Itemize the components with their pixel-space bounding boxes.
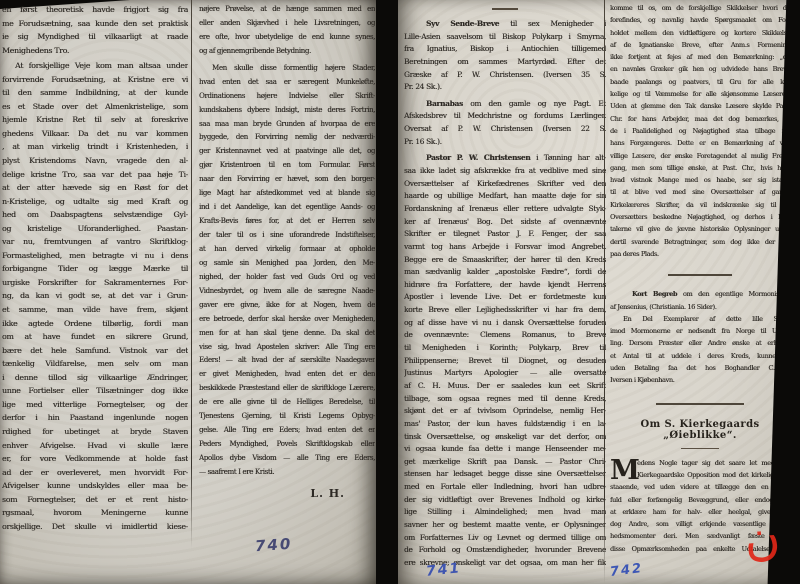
text-line: Uden at glemme den Tak danske Læsere sky… [610,100,790,112]
text-line: varmt tog hans Arbejde i Forsvar imod An… [404,241,606,254]
text-line: urgiske Forskrifter for Sakramenternes F… [2,276,188,290]
text-line: var nu, fremtvungen af vantro Skriftklog… [2,235,188,249]
right-page-column-1: Syv Sende-Breve til sex Menigheder i Lil… [404,4,606,570]
text-line: ie sig Myndighed til vilkaarligt at raad… [2,30,188,44]
text-line: bære det hele Samfund. Vistnok var det [2,344,188,358]
text-line: talerne vil give de jævne historiske Opl… [610,223,790,235]
text-line: ere skrevne; ønskeligt var det ogsaa, om… [404,557,606,570]
text-fragment: om den egentlige Mormonisme, [683,290,790,298]
paragraph: komme til os, om de forskjellige Skikkel… [610,2,790,260]
text-line: med en Fortale eller Indledning, hvori h… [404,481,606,494]
text-line: Kort Begreb om den egentlige Mormonisme, [610,288,790,300]
left-page-column-2: nøjere Prøvelse, at de hænge sammen med … [199,3,375,500]
text-line: forvirrende Forudsætning, at Kristne ere… [2,73,188,87]
text-line: haarde og ubillige Medfart, han maatte d… [404,190,606,203]
text-line: ling. Dersom Præster eller Andre ønske a… [610,337,790,349]
text-line: ghedens Vilkaar. Da det nu var kommen [2,127,188,141]
text-line: og kristelige Uforanderlighed. Paastan- [2,222,188,236]
text-line: Eders! — alt hvad der af særskilte Naade… [199,354,375,368]
text-line: Kirkelæreres Skrifter, da vil indskrænke… [610,199,790,211]
text-line: Skrifter er tilegnet Pastor J. F. Fenger… [404,228,606,241]
text-line: n-Kristelige, og udtalte sig med Kraft o… [2,195,188,209]
text-line: fra Ignatius, Biskop i Antiochien tillig… [404,43,606,56]
text-line: baade paalangs og paatvers, til Gru for … [610,76,790,88]
text-line: de i Paalidelighed og Nøjagtighed staa t… [610,125,790,137]
text-line: hed om Daabspagtens selvstændige Gyl- [2,208,188,222]
text-line: Pastor P. W. Christensen i Tønning har a… [404,152,606,165]
text-line: gaver ere givne, ikke for at Nogen, hvem… [199,299,375,313]
column-divider [604,0,605,584]
text-line: ikke fortjent at fejes af med den Bemærk… [610,51,790,63]
handwritten-page-number-740: 740 [254,535,292,556]
text-line: plyst Kristendoms Navn, vragede den al- [2,154,188,168]
text-line: de Forhold og Omstændigheder, hvorunder … [404,544,606,557]
text-line: Chr. for hans Arbejder, maa det dog bemæ… [610,113,790,125]
text-line: og af disse have vi nu i dansk Oversætte… [404,317,606,330]
text-line: enhver Afvigelse. Hvad vi skulle lære [2,439,188,453]
text-line: af de Ignatianske Breve, efter Anm.s For… [610,39,790,51]
text-line: Ordinationens højere Indvielse eller Skr… [199,90,375,104]
text-line: og af gjennemgribende Betydning. [199,45,375,59]
text-line: lige Magt har afstedkommet ved at blande… [199,187,375,201]
text-line: tænkelig Vildfarelse, men selv om man [2,357,188,371]
text-line: Men skulle disse formentlig højere Stade… [199,62,375,76]
text-line: komme til os, om de forskjellige Skikkel… [610,2,790,14]
text-line: Pr. 24 Sk.). [404,81,606,94]
text-line: korte Breve eller Lejlighedsskrifter vi … [404,304,606,317]
text-line: stensen har ledsaget begge disse sine Ov… [404,468,606,481]
text-line: mas' Pastor, der kun haves fuldstændig i… [404,418,606,431]
text-line: Begge ere de Smaaskrifter, der hører til… [404,254,606,267]
text-line: en først theoretisk havde frigjort sig f… [2,3,188,17]
text-line: Apollos dybe Visdom — alle Ting ere Eder… [199,452,375,466]
section-divider [656,403,744,405]
text-line: at han derved virkelig formaar at ophold… [199,243,375,257]
text-line: en navnløs Græker gik hen og udvidede ha… [610,63,790,75]
text-line: ad der er overleveret, men hvorvidt For- [2,466,188,480]
text-line: eller anden Skjævhed i hele Livsretninge… [199,17,375,31]
text-line: forefindes, og navnlig havde Spørgsmaale… [610,14,790,26]
text-line: Oversættelser af Kirkefædrenes Skrifter … [404,178,606,191]
paragraph: At forskjellige Veje kom man altsaa unde… [2,59,188,533]
text-line: Græske af P. W. Christensen. (Iversen 35… [404,69,606,82]
text-line: der sig vidtløftigt over Brevenes Indhol… [404,494,606,507]
paragraph: nøjere Prøvelse, at de hænge sammen med … [199,3,375,59]
text-line: orskjellige. Det skulle vi imidlertid ki… [2,520,188,534]
heading-underline [681,448,719,449]
text-line: til den samme Indbildning, at der kunde [2,86,188,100]
text-line: edens Nogle tager sig det saare let med … [637,457,790,469]
right-page: Syv Sende-Breve til sex Menigheder i Lil… [398,0,800,584]
text-line: er givet Menigheden, hvad enten det er d… [199,368,375,382]
text-fragment: i Tønning har alt- [536,153,606,162]
text-line: , at man virkelig trindt i Kristenheden,… [2,140,188,154]
section-divider [492,8,518,10]
text-line: byggede, den Forvirring nemlig der nedvæ… [199,131,375,145]
text-line: i denne tillod sig vilkaarlige Ændringer… [2,371,188,385]
text-line: fuld eller forfængelig Bevæggrund, eller… [610,494,790,506]
text-line: Tjenestens Gjerning, til Kristi Legems O… [199,410,375,424]
text-line: beskikkede Præstestand eller de skriftkl… [199,382,375,396]
text-line: holdet mellem den vidtløftigere og korte… [610,27,790,39]
text-line: derfor i hin Paastand ingenlunde nogen [2,411,188,425]
dropcap-initial: M [610,458,640,483]
text-line: gang, men som tillige ønske, at Past. Ch… [610,162,790,174]
text-line: Philippenserne; Brevet til Diognet, og d… [404,355,606,368]
text-line: af Jensenius, (Christiania. 16 Sider). [610,301,790,313]
text-line: hjemle Kristne Ret til selv at foreskriv… [2,113,188,127]
text-line: Krafts-Bevis føres for, at det er Herren… [199,215,375,229]
text-line: der taler til os i sine uforandrede Inds… [199,229,375,243]
author-signature: L. H. [199,487,375,500]
text-line: Afskedsbrev til Medchristne og fordums L… [404,110,606,123]
handwritten-page-number-742: 742 [609,561,644,580]
review-paragraph: Pastor P. W. Christensen i Tønning har a… [404,152,606,569]
text-line: imod Mormonerne er nedsendt fra Norge ti… [610,325,790,337]
text-line: nighed, der holder fast ved Guds Ord og … [199,271,375,285]
text-line: hvad enten det saa er særegent Munkeløft… [199,76,375,90]
section-divider [668,274,732,276]
text-line: om Forfatternes Liv og Levnet og dermed … [404,532,606,545]
text-line: Beretningen om sammes Martyrdød. Efter d… [404,56,606,69]
text-line: et Antal til at uddele i deres Kreds, ku… [610,350,790,362]
right-page-column-2: komme til os, om de forskjellige Skikkel… [610,2,790,555]
text-line: — saafremt I ere Kristi. [199,466,375,480]
text-line: hvad vistnok Mange med os haabe, ser sig… [610,174,790,186]
notice-title: Barnabas [426,99,463,108]
text-line: Formastelighed, men betragte vi nu i den… [2,249,188,263]
left-page-column-1: en først theoretisk havde frigjort sig f… [2,3,188,533]
text-line: naar den Forvirring er hævet, som den bo… [199,173,375,187]
text-line: ikke agtede Ordene tilbørlig, fordi man [2,317,188,331]
text-line: es et Stade over det Almenkristelige, so… [2,100,188,114]
text-line: ng, da kan vi godt se, at det var i Grun… [2,289,188,303]
book-notice: Kort Begreb om den egentlige Mormonisme,… [610,288,790,313]
text-line: paa deres Plads. [610,248,790,260]
text-line: Apostler i levende Live. Det er fordetme… [404,291,606,304]
text-line: tilbage, som ogsaa regnes med til denne … [404,393,606,406]
text-line: hans Forgængeres. Dette er en Bemærkning… [610,137,790,149]
text-line: Justinus Martyrs Apologier — alle oversa… [404,367,606,380]
text-line: og samle sin Menighed paa Jorden, den Me… [199,257,375,271]
text-line: kundskabens dybere Indsigt, miste deres … [199,104,375,118]
text-line: om at have fundet en sikrere Grund, [2,330,188,344]
text-line: saa maa man bryde Grunden af hvorpaa de … [199,118,375,132]
text-line: de ovennævnte: Clemens Romanus, to Breve [404,329,606,342]
text-line: nøjere Prøvelse, at de hænge sammen med … [199,3,375,17]
text-line: men for at han skal tjene denne. Da skal… [199,327,375,341]
text-line: hidrøre fra Forfattere, der havde kjendt… [404,279,606,292]
notice-title: Kort Begreb [632,290,677,298]
text-line: ger Kristennavnet ved at paatvinge alle … [199,145,375,159]
text-line: man sædvanlig kalder „apostolske Fædre“,… [404,266,606,279]
left-page: en først theoretisk havde frigjort sig f… [0,0,376,584]
text-line: tinsk Oversættelse, og ønskeligt var det… [404,431,606,444]
text-line: lige Stilling i Almindelighed; men hvad … [404,506,606,519]
page-gutter [376,0,398,584]
text-line: lige med vitterlige Fornegtelser, og der [2,398,188,412]
text-line: uden Betaling faa det hos Boghandler C. … [610,362,790,374]
column-divider [191,0,192,548]
text-line: delige kristne Tro, saa var det paa høje… [2,168,188,182]
text-line: En Del Exemplarer af dette lille Skrift [610,313,790,325]
text-fragment: om den gamle og nye Pagt. Et [470,99,606,108]
text-line: gelse. Alle Ting ere Eders; hvad enten d… [199,424,375,438]
text-line: kelige og til Væmmelse for alle skjønsom… [610,88,790,100]
text-line: Pr. 16 Sk.). [404,136,606,149]
text-line: Lille-Asien saavelsom til Biskop Polykar… [404,31,606,44]
article-heading: Om S. Kierkegaards „Øieblikke“. [610,419,790,441]
paragraph: En Del Exemplarer af dette lille Skrifti… [610,313,790,387]
text-line: Vidnesbyrdet, og hvem alle de særegne Na… [199,285,375,299]
text-line: vi ogsaa kunde faa dette i mange Henseen… [404,443,606,456]
red-stamp-icon: ن [741,507,782,570]
text-line: Barnabas om den gamle og nye Pagt. Et [404,98,606,111]
scanned-book-spread: en først theoretisk havde frigjort sig f… [0,0,800,584]
text-line: Oversat af P. W. Christensen (Iversen 22… [404,123,606,136]
text-line: gjør Kristentroen til en tom Formular. F… [199,159,375,173]
book-notice: Syv Sende-Breve til sex Menigheder i Lil… [404,18,606,94]
text-line: skjønt det er af tvivlsom Oprindelse, ne… [404,405,606,418]
text-line: Afvigelser kunne undskyldes eller maa be… [2,479,188,493]
text-line: Menighedens Tro. [2,44,188,58]
text-line: til at blive ved med sine Oversættelser … [610,186,790,198]
text-line: ind i det Aandelige, kan det egentlige A… [199,201,375,215]
text-line: af C. H. Muus. Der er saaledes kun eet S… [404,380,606,393]
text-line: villige Læsere, der ønske Foretagendet a… [610,150,790,162]
text-line: som Fornegtelser, det er et rent histo- [2,493,188,507]
text-line: At forskjellige Veje kom man altsaa unde… [2,59,188,73]
text-line: Kierkegaardske Opposition mod det kirkel… [637,469,790,481]
book-notice: Barnabas om den gamle og nye Pagt. Et Af… [404,98,606,149]
text-line: de ere alle givne til de Helliges Berede… [199,396,375,410]
text-line: vise sig, hvad Apostelen skriver: Alle T… [199,341,375,355]
text-line: unne Fortielser eller Tilsætninger dog i… [2,384,188,398]
text-line: et samme, man vilde have frem, skjønt [2,303,188,317]
text-line: me Forudsætning, saa kunde den set prakt… [2,17,188,31]
text-line: Oversætters beskedne Nøjagtighed, og der… [610,211,790,223]
text-line: ker af Irenæus' Bog. Det sidste af ovenn… [404,216,606,229]
text-line: rgsmaal, hvorom Meningerne kunne [2,506,188,520]
text-line: Syv Sende-Breve til sex Menigheder i [404,18,606,31]
text-line: ere betroede, derfor skal herske over Me… [199,313,375,327]
text-line: get mærkelige Skrift paa Dansk. — Pastor… [404,456,606,469]
paragraph: en først theoretisk havde frigjort sig f… [2,3,188,57]
text-fragment: til sex Menigheder i [510,19,606,28]
text-line: dertil svarende Betragtninger, som dog i… [610,236,790,248]
paragraph: Men skulle disse formentlig højere Stade… [199,62,375,480]
text-line: Peders Myndighed, Povels Skriftklogskab … [199,438,375,452]
text-line: forbigangne Tider og lægge Mærke til [2,262,188,276]
text-line: til Menigheden i Korinth; Polykarp, Brev… [404,342,606,355]
text-line: at der atter hævede sig en Røst for det [2,181,188,195]
text-line: rdighed for ubetinget at bryde Staven [2,425,188,439]
notice-title: Syv Sende-Breve [426,19,499,28]
text-line: ere ofte, hvor ubetydelige de end kunne … [199,31,375,45]
text-line: savner her og bestemt maatte vente, er O… [404,519,606,532]
text-line: saa ikke ladet sig afskrække fra at vedb… [404,165,606,178]
text-line: Fordanskning af Irenæus eller rettere ud… [404,203,606,216]
text-line: Iversen i Kjøbenhavn. [610,374,790,386]
text-line: er, for vore Vedkommende at holde fast [2,452,188,466]
review-lead: Pastor P. W. Christensen [426,153,530,162]
